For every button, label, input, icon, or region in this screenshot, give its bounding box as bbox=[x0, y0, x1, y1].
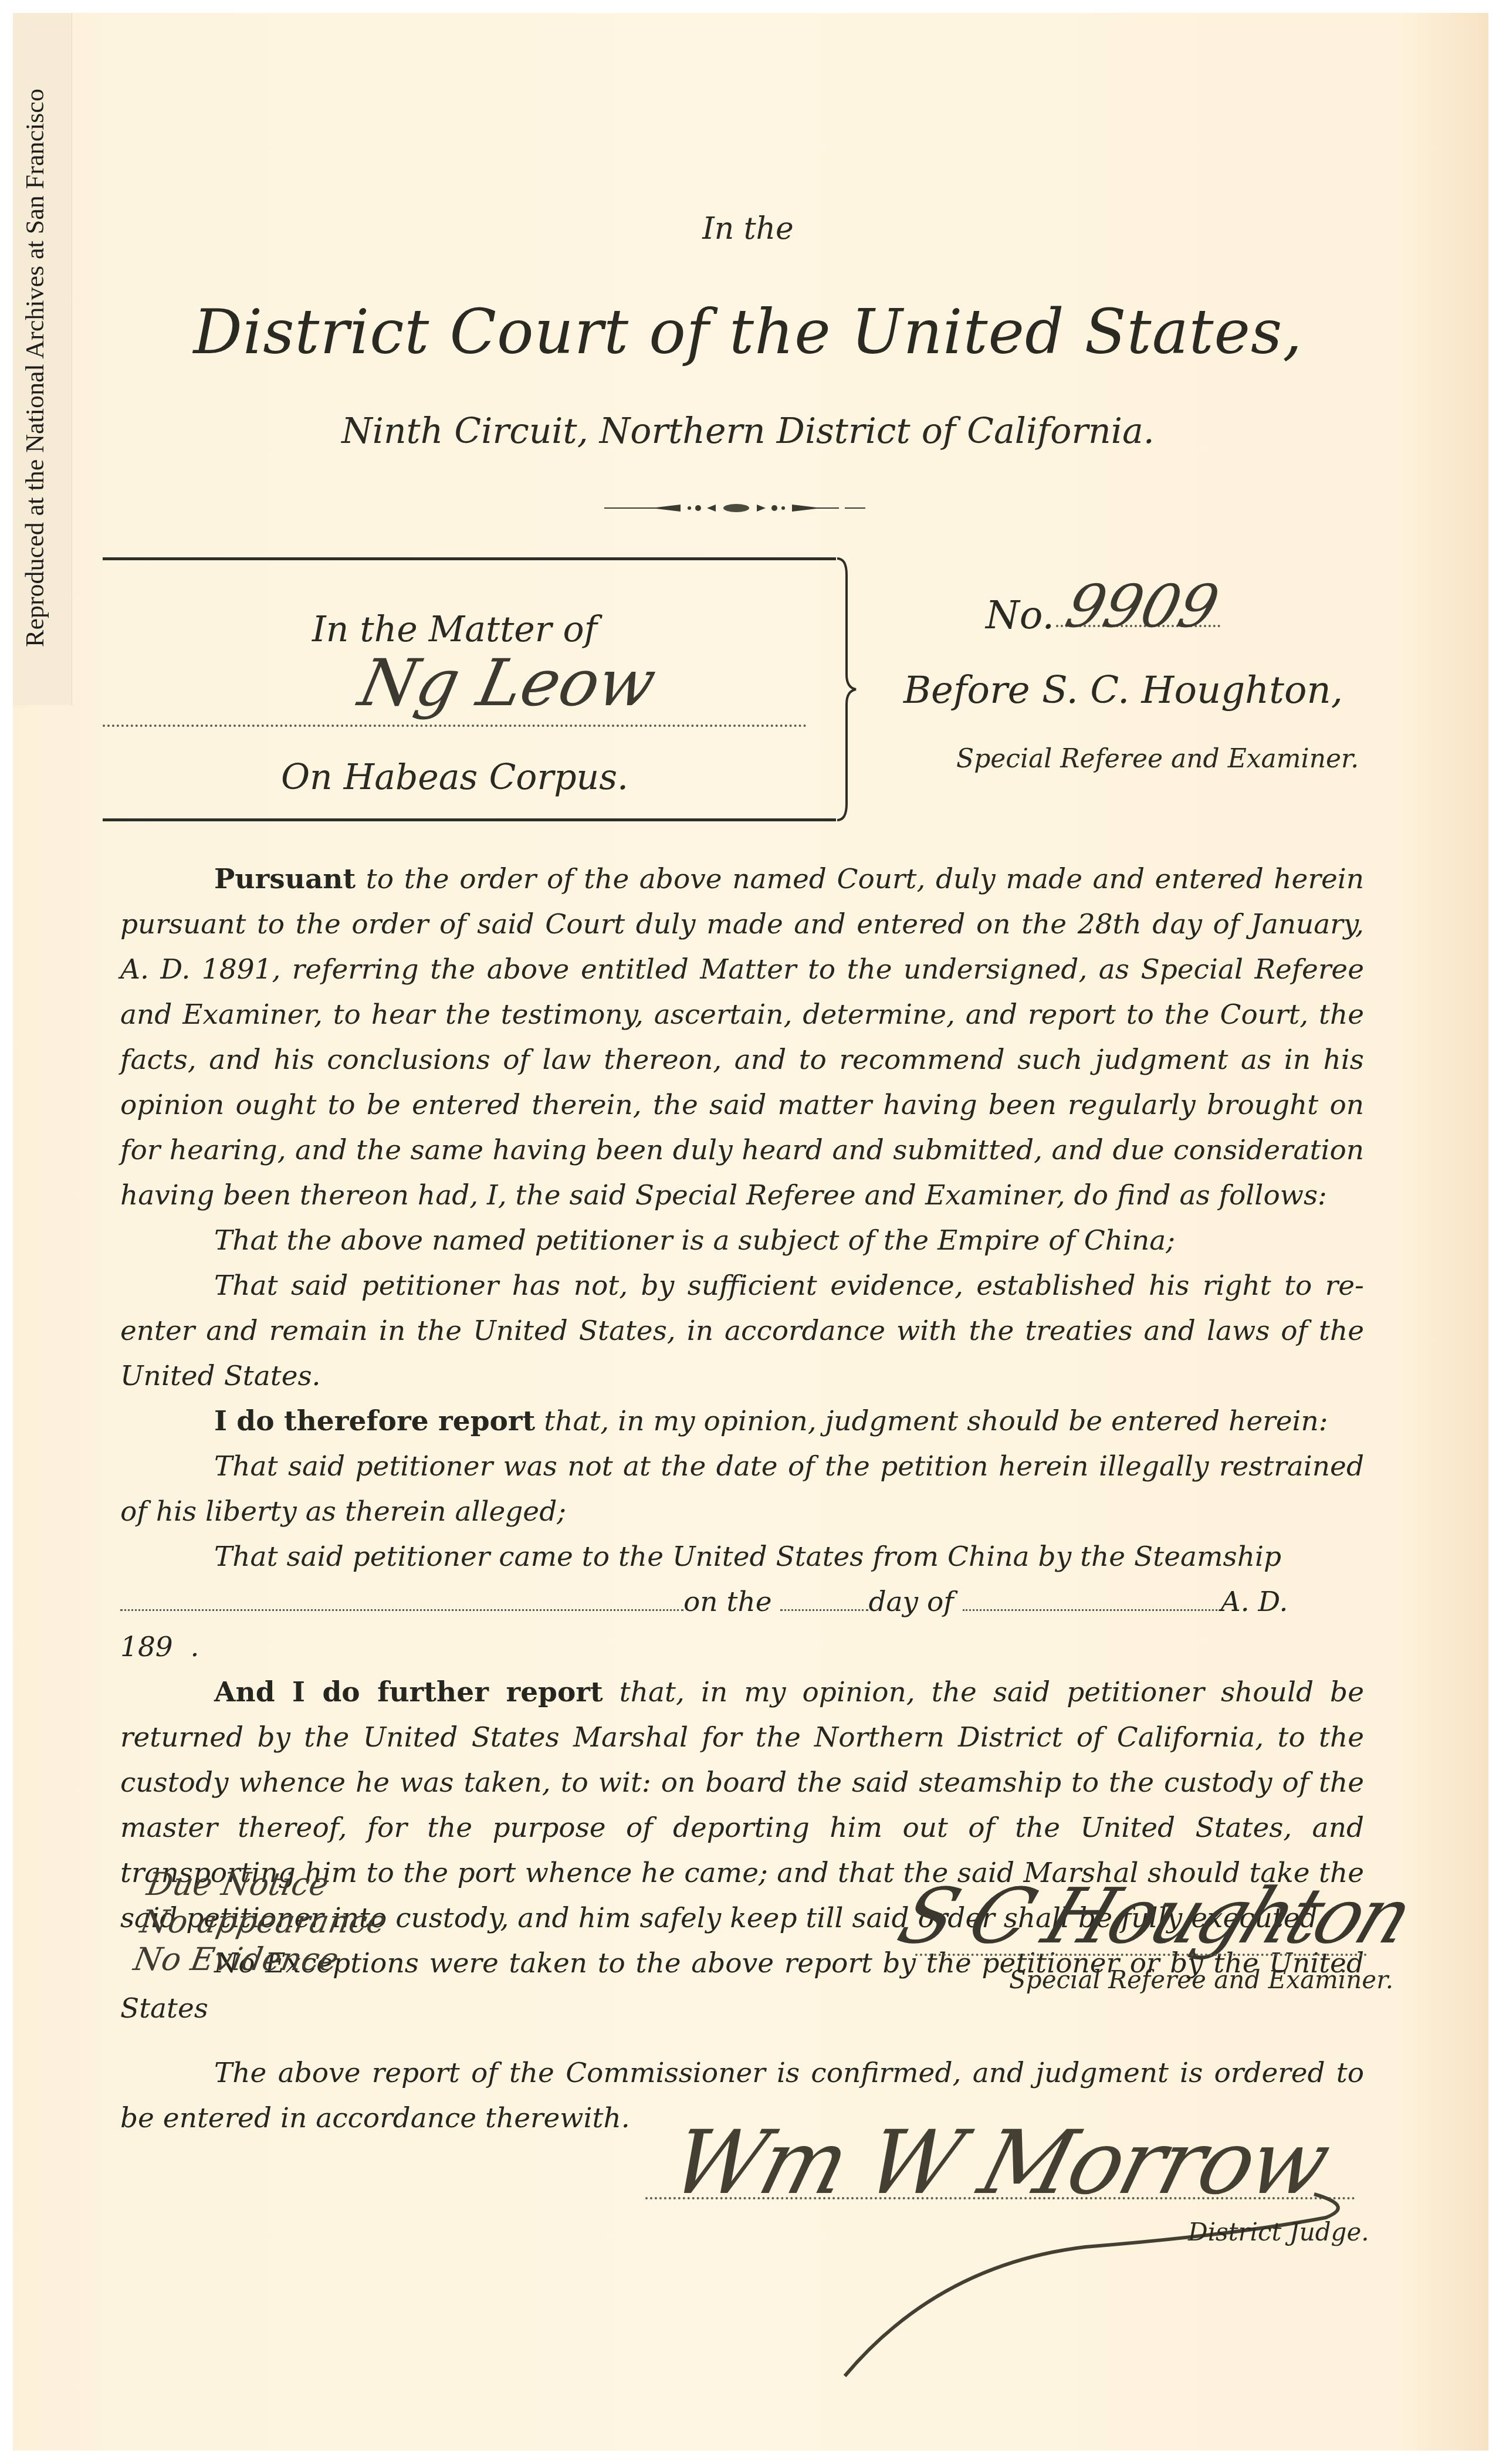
judgment-1: That said petitioner was not at the date… bbox=[120, 1444, 1364, 1534]
header-in-the: In the bbox=[0, 211, 1496, 246]
matter-of-label: In the Matter of bbox=[103, 609, 807, 650]
proceeding-type: On Habeas Corpus. bbox=[103, 757, 807, 798]
further-report-lead: And I do further report bbox=[214, 1676, 603, 1708]
finding-1: That the above named petitioner is a sub… bbox=[120, 1218, 1364, 1263]
caption-top-rule bbox=[103, 557, 836, 560]
petitioner-name-line bbox=[103, 725, 807, 727]
report-paragraph: I do therefore report that, in my opinio… bbox=[120, 1399, 1364, 1444]
pursuant-text: to the order of the above named Court, d… bbox=[120, 863, 1364, 1211]
referee-signature: S C Houghton bbox=[887, 1871, 1421, 1961]
report-lead: I do therefore report bbox=[214, 1405, 535, 1437]
before-referee: Before S. C. Houghton, bbox=[903, 669, 1343, 712]
day-of-text: day of bbox=[868, 1586, 953, 1618]
note-no-appearance: No appearance bbox=[137, 1903, 389, 1941]
signature-flourish-icon bbox=[704, 2182, 1408, 2382]
circuit-subtitle: Ninth Circuit, Northern District of Cali… bbox=[0, 411, 1496, 452]
steamship-blanks: on the day of A. D. 189 . bbox=[120, 1579, 1364, 1670]
case-number-label: No. bbox=[986, 593, 1054, 638]
note-no-evidence: No Evidence bbox=[131, 1941, 383, 1978]
referee-signature-label: Special Referee and Examiner. bbox=[1009, 1965, 1393, 1994]
pursuant-paragraph: Pursuant to the order of the above named… bbox=[120, 857, 1364, 1218]
caption-bottom-rule bbox=[103, 818, 836, 821]
judgment-2: That said petitioner came to the United … bbox=[120, 1534, 1364, 1579]
period: . bbox=[191, 1631, 199, 1663]
pursuant-lead: Pursuant bbox=[214, 863, 356, 895]
ornament-divider-icon bbox=[604, 502, 868, 514]
arrival-month-blank[interactable] bbox=[963, 1586, 1221, 1611]
report-body: Pursuant to the order of the above named… bbox=[120, 857, 1364, 2031]
case-caption-box: In the Matter of Ng Leow On Habeas Corpu… bbox=[103, 557, 836, 821]
court-title: District Court of the United States, bbox=[0, 296, 1496, 368]
referee-title: Special Referee and Examiner. bbox=[956, 744, 1359, 774]
report-text: that, in my opinion, judgment should be … bbox=[535, 1405, 1328, 1437]
steamship-name-blank[interactable] bbox=[120, 1586, 683, 1611]
arrival-day-blank[interactable] bbox=[780, 1586, 868, 1611]
on-the-text: on the bbox=[683, 1586, 771, 1618]
referee-signature-line bbox=[915, 1954, 1367, 1956]
note-due-notice: Due Notice bbox=[144, 1866, 396, 1903]
petitioner-name: Ng Leow bbox=[353, 645, 662, 720]
brace-icon bbox=[836, 557, 859, 821]
case-number-value: 9909 bbox=[1059, 572, 1226, 641]
archive-stamp: Reproduced at the National Archives at S… bbox=[20, 31, 50, 705]
judge-signature-label: District Judge. bbox=[1188, 2218, 1369, 2246]
finding-2: That said petitioner has not, by suffici… bbox=[120, 1263, 1364, 1399]
handwritten-notes: Due Notice No appearance No Evidence bbox=[131, 1866, 395, 1978]
